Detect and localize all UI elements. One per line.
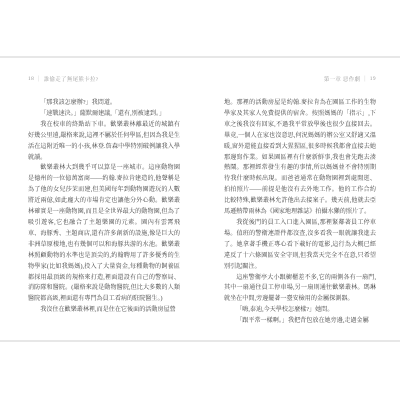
left-page-body: 「那我該怎麼辦?」我問道。「速戰速決。」薩默爾建議,「還有,別被逮到。」我在校車… [28, 98, 180, 316]
top-divider-rule [0, 56, 400, 58]
paragraph: 「那我該怎麼辦?」我問道。 [28, 98, 180, 109]
paragraph: 這座警衛亭大小跟櫥櫃差不多,它的兩側各有一扇門,其中一扇通往員工停車場,另一扇則… [224, 273, 376, 306]
left-page-running-head: 18 | 誰偷走了無尾熊卡拉? [28, 74, 180, 84]
book-spread-photo: 18 | 誰偷走了無尾熊卡拉? 「那我該怎麼辦?」我問道。「速戰速決。」薩默爾建… [0, 0, 400, 400]
paragraph: 我從後門的員工入口進入園區,那裡緊鄰著員工停車場。值班的警衛連證件都沒查,沒多看… [224, 218, 376, 273]
paragraph: 我在校車的終點站下車。歡樂叢林離最近的城鎮有好幾公里遠,嚴格來說,這裡不屬於任何… [28, 120, 180, 164]
header-divider: | [364, 76, 365, 83]
paragraph: 地。那裡的活動房屋是約翰.麥拉肯為在園區工作的生物學家及其家人免費提供的宿舍。按… [224, 98, 376, 218]
right-page-number: 19 [370, 76, 376, 82]
right-page-body: 地。那裡的活動房屋是約翰.麥拉肯為在園區工作的生物學家及其家人免費提供的宿舍。按… [224, 98, 376, 327]
bottom-divider-rule [0, 340, 400, 342]
book-title-running-head: 誰偷走了無尾熊卡拉? [44, 75, 99, 83]
paragraph: 「嗨,泰迪,今天學校怎麼樣?」她問。 [224, 305, 376, 316]
right-page-running-head: 第一章 惡作劇 | 19 [224, 74, 376, 84]
header-divider: | [38, 76, 39, 83]
left-page-number: 18 [28, 76, 34, 82]
paragraph: 「跟平常一樣啊。」我把背包放在她旁邊,走過金屬 [224, 316, 376, 327]
right-page: 第一章 惡作劇 | 19 地。那裡的活動房屋是約翰.麥拉肯為在園區工作的生物學家… [224, 74, 376, 327]
chapter-running-head: 第一章 惡作劇 [324, 75, 361, 83]
left-page: 18 | 誰偷走了無尾熊卡拉? 「那我該怎麼辦?」我問道。「速戰速決。」薩默爾建… [28, 74, 180, 316]
paragraph: 我沒住在歡樂叢林裡,而是住在它後面的活動房屋營 [28, 305, 180, 316]
paragraph: 「速戰速決。」薩默爾建議,「還有,別被逮到。」 [28, 109, 180, 120]
paragraph: 歡樂叢林大到幾乎可以算是一座城市。這座動物園是德州的一位億萬富商——約翰.麥拉肯… [28, 163, 180, 305]
